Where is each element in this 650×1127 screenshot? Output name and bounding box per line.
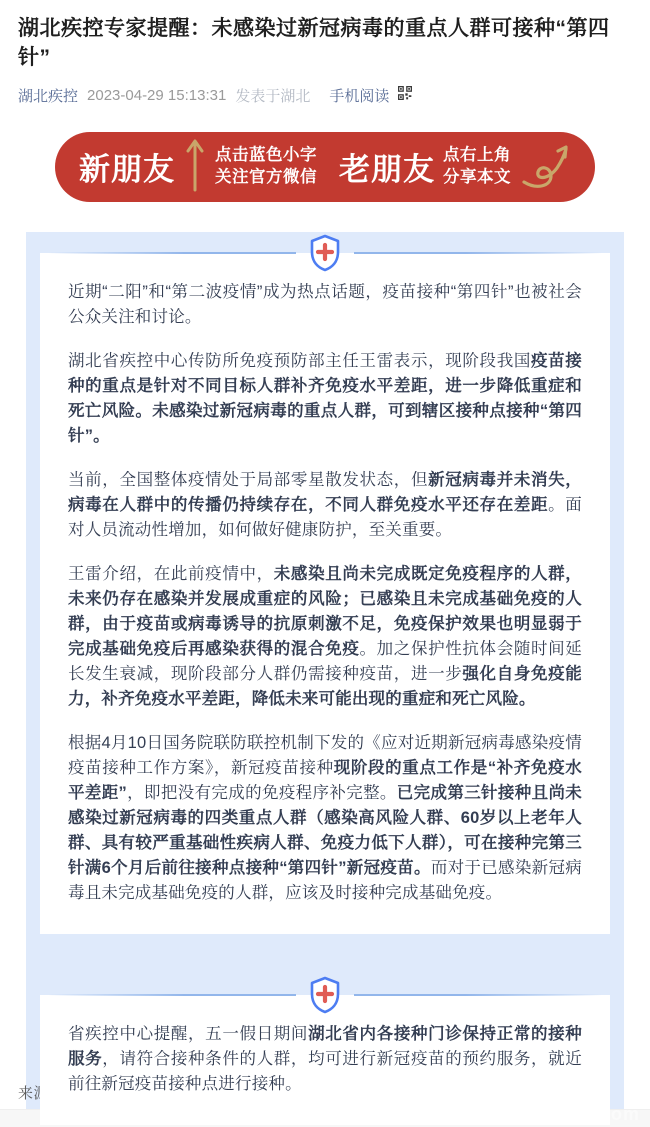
divider-line-right [354, 994, 602, 996]
notice-card-reminder: 省疾控中心提醒，五一假日期间湖北省内各接种门诊保持正常的接种服务，请符合接种条件… [40, 995, 610, 1125]
mobile-read-link[interactable]: 手机阅读 [329, 85, 389, 106]
divider-line-left [48, 252, 296, 254]
shield-divider [26, 976, 624, 1014]
article-paragraph: 省疾控中心提醒，五一假日期间湖北省内各接种门诊保持正常的接种服务，请符合接种条件… [68, 1022, 582, 1097]
publish-timestamp: 2023-04-29 15:13:31 [87, 87, 226, 104]
medical-shield-cross-icon [308, 976, 342, 1014]
divider-line-left [48, 994, 296, 996]
medical-shield-cross-icon [308, 234, 342, 272]
article-paragraph: 根据4月10日国务院联防联控机制下发的《应对近期新冠病毒感染疫情疫苗接种工作方案… [68, 731, 582, 906]
article-title: 湖北疾控专家提醒：未感染过新冠病毒的重点人群可接种“第四针” [18, 14, 632, 73]
article-paragraph: 近期“二阳”和“第二波疫情”成为热点话题，疫苗接种“第四针”也被社会公众关注和讨… [68, 280, 582, 330]
publish-location-label: 发表于湖北 [235, 85, 310, 106]
article-header: 湖北疾控专家提醒：未感染过新冠病毒的重点人群可接种“第四针” 湖北疾控 2023… [0, 0, 650, 106]
old-friend-tip-line2: 分享本文 [443, 168, 511, 186]
article-paragraph: 王雷介绍，在此前疫情中，未感染且尚未完成既定免疫程序的人群，未来仍存在感染并发展… [68, 562, 582, 712]
new-friend-tip-line2: 关注官方微信 [215, 168, 317, 186]
article-paragraph: 当前，全国整体疫情处于局部零星散发状态，但新冠病毒并未消失，病毒在人群中的传播仍… [68, 468, 582, 543]
new-friend-tip-line1: 点击蓝色小字 [215, 146, 317, 164]
qr-code-icon[interactable] [398, 86, 412, 104]
shield-divider [26, 234, 624, 272]
notice-card-main: 近期“二阳”和“第二波疫情”成为热点话题，疫苗接种“第四针”也被社会公众关注和讨… [40, 253, 610, 934]
account-name-link[interactable]: 湖北疾控 [18, 85, 78, 106]
up-arrow-icon [185, 136, 205, 197]
new-friend-label: 新朋友 [79, 144, 175, 189]
old-friend-tip: 点右上角 分享本文 [443, 145, 511, 189]
new-friend-tip: 点击蓝色小字 关注官方微信 [215, 145, 317, 189]
old-friend-tip-line1: 点右上角 [443, 146, 511, 164]
article-paragraph: 湖北省疾控中心传防所免疫预防部主任王雷表示，现阶段我国疫苗接种的重点是针对不同目… [68, 349, 582, 449]
curved-share-arrow-icon [521, 137, 571, 196]
article-body-container: 近期“二阳”和“第二波疫情”成为热点话题，疫苗接种“第四针”也被社会公众关注和讨… [26, 232, 624, 1127]
old-friend-label: 老朋友 [339, 144, 435, 189]
divider-line-right [354, 252, 602, 254]
follow-banner[interactable]: 新朋友 点击蓝色小字 关注官方微信 老朋友 点右上角 分享本文 [55, 132, 595, 202]
article-meta: 湖北疾控 2023-04-29 15:13:31 发表于湖北 手机阅读 [18, 85, 632, 106]
